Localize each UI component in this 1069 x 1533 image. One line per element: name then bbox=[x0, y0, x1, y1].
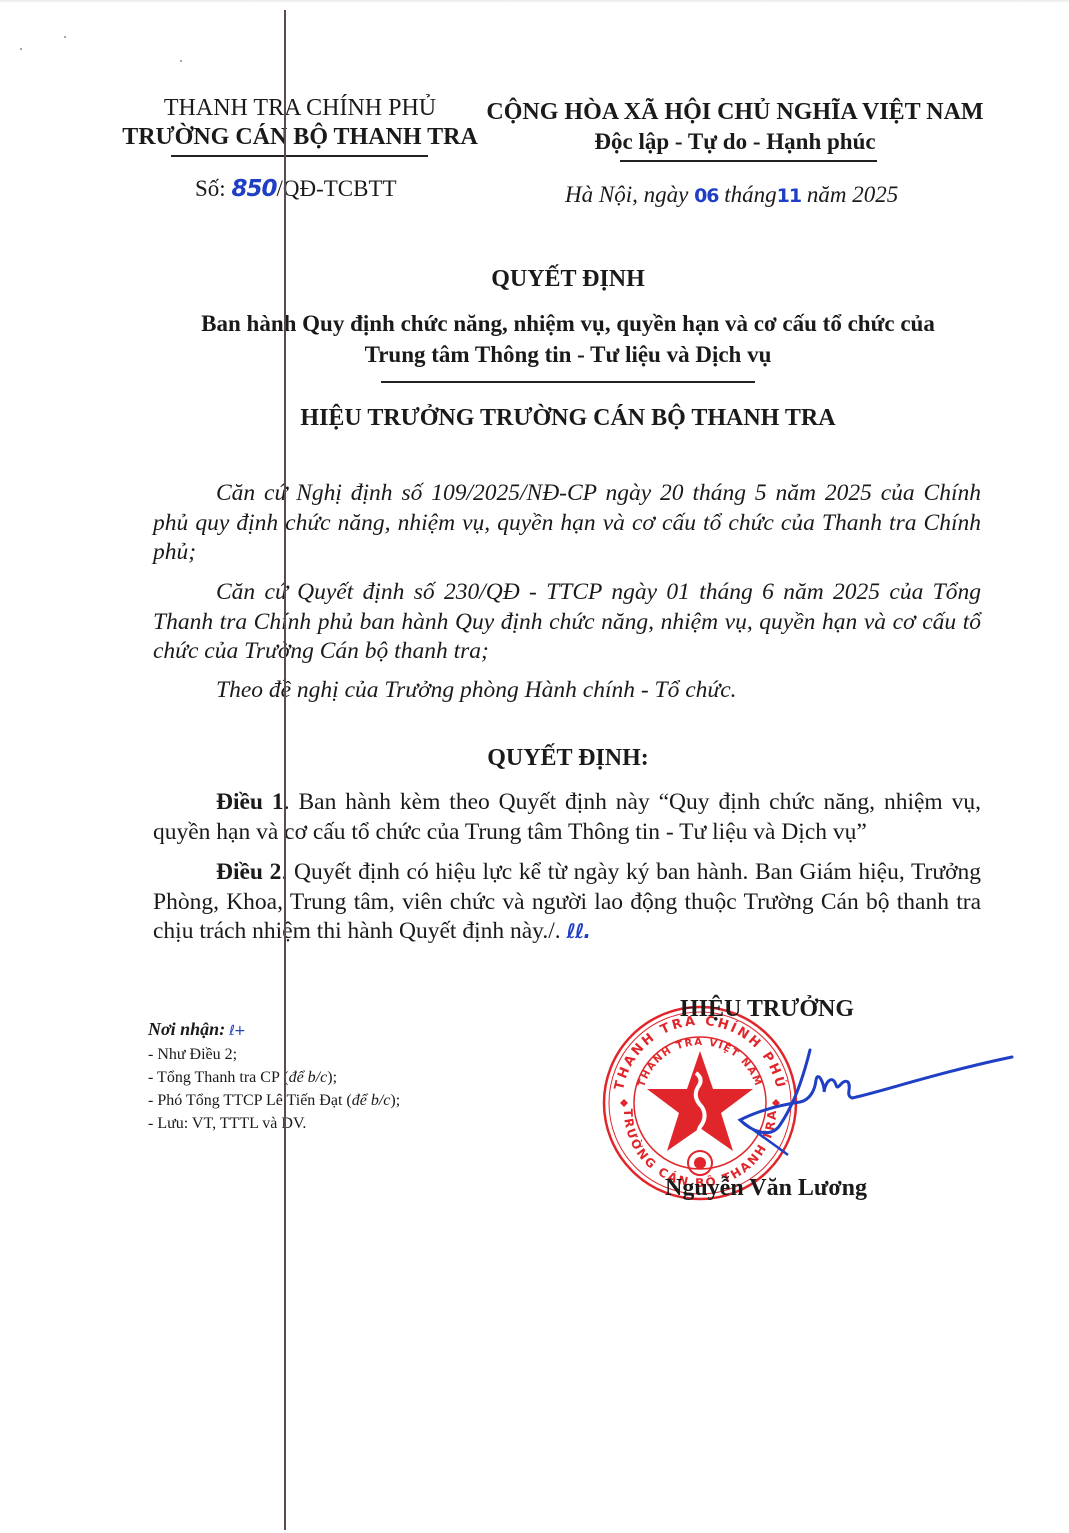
recipient-item: - Tổng Thanh tra CP (để b/c); bbox=[148, 1066, 400, 1089]
scan-speck bbox=[64, 36, 66, 38]
recipient-item: - Phó Tổng TTCP Lê Tiến Đạt (để b/c); bbox=[148, 1089, 400, 1112]
issuing-authority: HIỆU TRƯỞNG TRƯỜNG CÁN BỘ THANH TRA bbox=[100, 405, 1036, 432]
article-1: Điều 1. Ban hành kèm theo Quyết định này… bbox=[153, 788, 981, 847]
country-name: CỘNG HÒA XÃ HỘI CHỦ NGHĨA VIỆT NAM bbox=[470, 97, 1000, 127]
scan-speck bbox=[180, 60, 182, 62]
title-rule bbox=[381, 381, 755, 383]
handwritten-signature-icon bbox=[640, 1030, 1020, 1160]
agency-underline bbox=[171, 155, 428, 157]
initials-mark: ℓℓ. bbox=[567, 919, 590, 943]
legal-basis-1: Căn cứ Nghị định số 109/2025/NĐ-CP ngày … bbox=[153, 479, 981, 568]
agency-name: TRƯỜNG CÁN BỘ THANH TRA bbox=[100, 122, 500, 152]
signer-title: HIỆU TRƯỞNG bbox=[680, 996, 854, 1023]
handwritten-number: 850 bbox=[231, 176, 276, 202]
legal-basis-2: Căn cứ Quyết định số 230/QĐ - TTCP ngày … bbox=[153, 578, 981, 667]
recipients-heading: Nơi nhận: bbox=[148, 1019, 225, 1039]
document-title: QUYẾT ĐỊNH bbox=[100, 266, 1036, 293]
initial-tick: ℓ+ bbox=[229, 1023, 245, 1039]
page-top-edge bbox=[0, 0, 1069, 3]
recipient-item: - Lưu: VT, TTTL và DV. bbox=[148, 1112, 400, 1135]
national-motto: Độc lập - Tự do - Hạnh phúc bbox=[470, 127, 1000, 157]
document-number: Số: 850/QĐ-TCBTT bbox=[195, 176, 397, 202]
recipients-block: Nơi nhận: ℓ+ - Như Điều 2; - Tổng Thanh … bbox=[148, 1018, 400, 1135]
handwritten-month: 11 bbox=[777, 185, 801, 207]
signer-name: Nguyễn Văn Lương bbox=[665, 1175, 867, 1202]
motto-underline bbox=[620, 160, 877, 162]
national-header-block: CỘNG HÒA XÃ HỘI CHỦ NGHĨA VIỆT NAM Độc l… bbox=[470, 97, 1000, 157]
document-date: Hà Nội, ngày 06 tháng11 năm 2025 bbox=[565, 182, 898, 208]
article-2: Điều 2. Quyết định có hiệu lực kể từ ngà… bbox=[153, 858, 981, 947]
issuing-agency-block: THANH TRA CHÍNH PHỦ TRƯỜNG CÁN BỘ THANH … bbox=[100, 94, 500, 152]
proposal-basis: Theo đề nghị của Trưởng phòng Hành chính… bbox=[153, 676, 981, 706]
handwritten-day: 06 bbox=[694, 185, 718, 207]
recipient-item: - Như Điều 2; bbox=[148, 1043, 400, 1066]
scan-line-artifact bbox=[284, 10, 286, 1530]
scan-speck bbox=[20, 48, 22, 50]
decision-heading: QUYẾT ĐỊNH: bbox=[100, 745, 1036, 772]
document-subtitle: Ban hành Quy định chức năng, nhiệm vụ, q… bbox=[100, 308, 1036, 370]
parent-agency: THANH TRA CHÍNH PHỦ bbox=[100, 94, 500, 122]
